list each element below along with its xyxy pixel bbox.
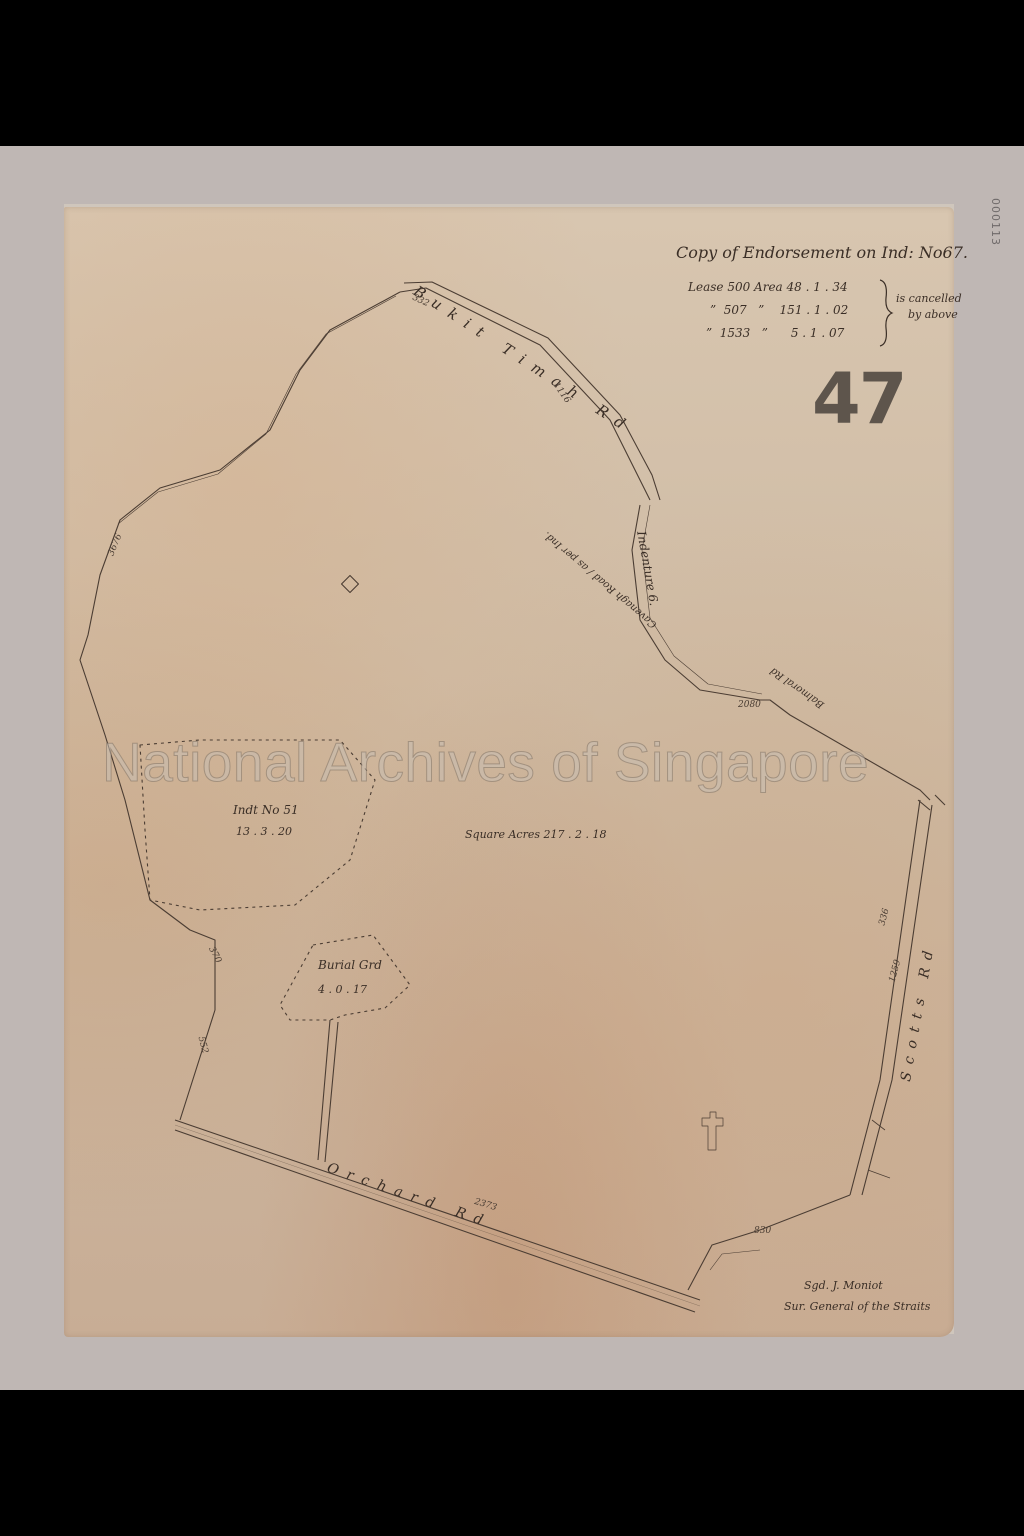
lease-prefix: Lease (688, 280, 723, 294)
measure-label: 2080 (738, 700, 761, 710)
burial-ground-area: 4 . 0 . 17 (318, 983, 367, 996)
measure-label: 830 (754, 1226, 771, 1236)
archive-watermark: National Archives of Singapore (102, 730, 869, 794)
lease-row: ” 1533 ” 5 . 1 . 07 (706, 326, 844, 340)
signature-name: Sgd. J. Moniot (804, 1279, 883, 1292)
lease-prefix: ” (710, 303, 716, 317)
lease-number: 507 (724, 303, 747, 317)
signature-title: Sur. General of the Straits (784, 1300, 930, 1313)
lease-number: 1533 (720, 326, 751, 340)
area-label: ” (758, 303, 764, 317)
building-outline (702, 1112, 723, 1150)
lease-number: 500 (727, 280, 750, 294)
area-label: Area (754, 280, 783, 294)
bukit-timah-road (400, 288, 650, 500)
indenture-51-label: Indt No 51 (233, 803, 299, 817)
lease-row: ” 507 ” 151 . 1 . 02 (710, 303, 848, 317)
south-east-boundary (688, 1195, 850, 1290)
lease-area: 48 . 1 . 34 (787, 280, 848, 294)
lease-area: 5 . 1 . 07 (791, 326, 844, 340)
endorsement-title: Copy of Endorsement on Ind: No67. (676, 243, 968, 262)
lease-prefix: ” (706, 326, 712, 340)
lease-area: 151 . 1 . 02 (780, 303, 849, 317)
scotts-road (850, 800, 920, 1195)
lease-row: Lease 500 Area 48 . 1 . 34 (688, 280, 848, 294)
cancel-note: by above (908, 308, 958, 321)
boundary-marker (342, 576, 359, 593)
area-label: ” (762, 326, 768, 340)
plate-number: 47 (812, 358, 905, 440)
total-area-label: Square Acres 217 . 2 . 18 (465, 828, 606, 841)
indenture-51-area: 13 . 3 . 20 (236, 825, 292, 838)
burial-ground-parcel (280, 935, 410, 1020)
orchard-road (175, 1120, 700, 1312)
burial-ground-label: Burial Grd (318, 958, 382, 972)
cancel-note: is cancelled (896, 292, 962, 305)
brace-icon (876, 278, 896, 348)
